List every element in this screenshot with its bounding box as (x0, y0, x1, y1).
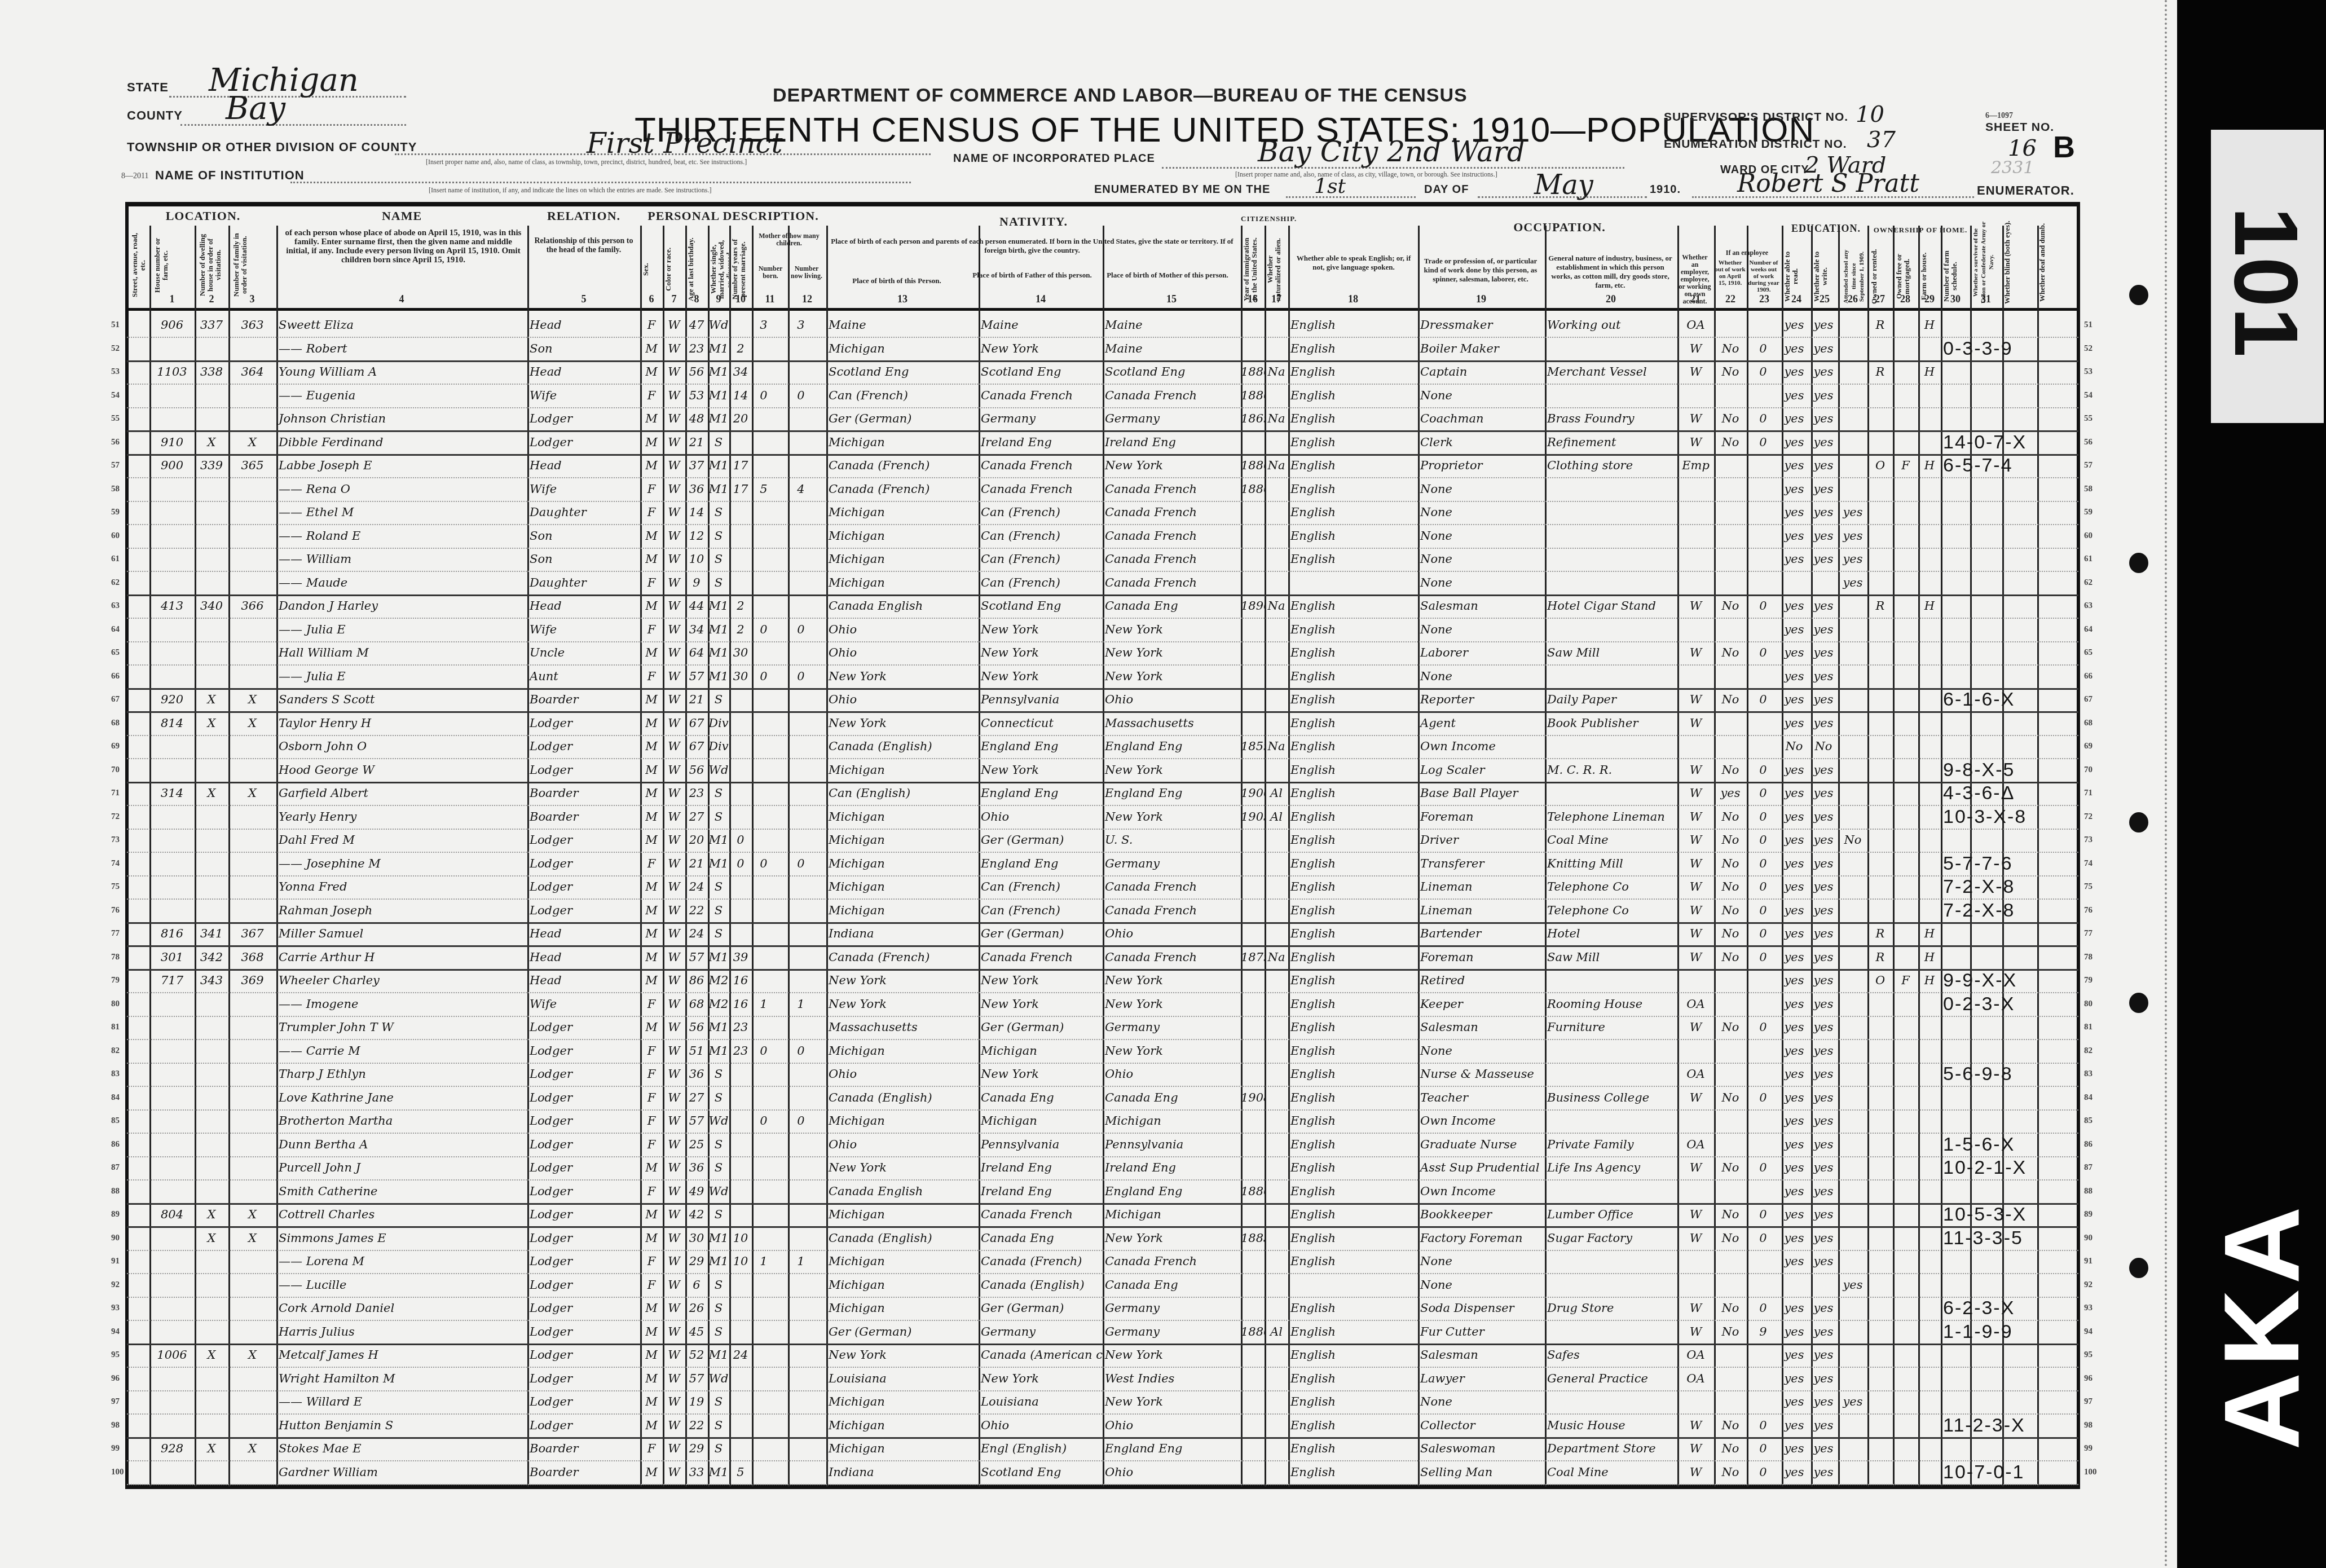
cell-dwelling (195, 501, 228, 524)
cell-eng: English (1288, 1437, 1418, 1460)
cell-name: Garfield Albert (276, 782, 527, 805)
cell-house: 1103 (149, 360, 195, 384)
cell-free (1893, 1250, 1918, 1273)
cell-marital: M1 (708, 1040, 729, 1063)
cell-race: W (663, 478, 685, 501)
cell-imm: 1880 (1241, 478, 1265, 501)
cell-bpf: Ger (German) (979, 829, 1103, 852)
line-number-right: 53 (2084, 367, 2092, 377)
cell-years: 10 (729, 1227, 752, 1250)
cell-house (149, 875, 195, 898)
cell-own (1867, 805, 1893, 829)
cell-family (228, 1109, 276, 1133)
cell-relation: Boarder (527, 688, 640, 711)
cell-street (127, 829, 149, 852)
cell-bpm: Canada French (1103, 875, 1241, 898)
cell-sex: M (640, 829, 663, 852)
cell-read: yes (1779, 688, 1809, 711)
cell-born (752, 1016, 776, 1039)
cell-dwelling: 342 (195, 946, 228, 969)
cell-write: yes (1809, 548, 1838, 571)
line-number-left: 99 (111, 1444, 120, 1454)
cell-bp: Ger (German) (826, 407, 979, 430)
township-label: Township or other division of county (127, 140, 417, 155)
cell-dwelling (195, 1063, 228, 1086)
cell-free: F (1893, 454, 1918, 477)
cell-imm (1241, 852, 1265, 875)
cell-street (127, 735, 149, 758)
cell-school (1838, 618, 1867, 641)
cell-read: yes (1779, 759, 1809, 782)
cell-read: yes (1779, 478, 1809, 501)
cell-house (149, 1297, 195, 1320)
cell-farm (1918, 337, 1941, 360)
cell-eng: English (1288, 1344, 1418, 1367)
cell-bpf: Scotland Eng (979, 594, 1103, 618)
cell-family (228, 548, 276, 571)
line-number-right: 97 (2084, 1397, 2092, 1407)
cell-born (752, 431, 776, 454)
cell-write: yes (1809, 969, 1838, 992)
cell-out: No (1714, 594, 1747, 618)
cell-out (1714, 1040, 1747, 1063)
cell-relation: Lodger (527, 1414, 640, 1437)
cell-own (1867, 1180, 1893, 1203)
cell-dwelling (195, 1320, 228, 1344)
cell-family (228, 1414, 276, 1437)
cell-bpm: England Eng (1103, 735, 1241, 758)
cell-write (1809, 1274, 1838, 1297)
cell-age: 21 (685, 688, 708, 711)
line-number-left: 53 (111, 367, 120, 377)
cell-name: Miller Samuel (276, 922, 527, 945)
cell-imm (1241, 548, 1265, 571)
cell-race: W (663, 688, 685, 711)
cell-weeks: 0 (1747, 1227, 1779, 1250)
line-number-left: 89 (111, 1210, 120, 1219)
cell-living (776, 1063, 826, 1086)
cell-born (752, 1274, 776, 1297)
cell-write: yes (1809, 384, 1838, 407)
cell-age: 67 (685, 735, 708, 758)
cell-trade: Reporter (1418, 688, 1545, 711)
cell-out: No (1714, 688, 1747, 711)
film-margin: 101 AKA (2177, 0, 2326, 1568)
line-number-right: 61 (2084, 554, 2092, 564)
cell-code: 6-1-6-X (1941, 688, 2076, 711)
cell-born (752, 735, 776, 758)
cell-trade: Salesman (1418, 594, 1545, 618)
line-number-left: 61 (111, 554, 120, 564)
line-number-left: 72 (111, 812, 120, 822)
cell-trade: None (1418, 1274, 1545, 1297)
cell-farm (1918, 993, 1941, 1016)
cell-dwelling (195, 829, 228, 852)
cell-family (228, 384, 276, 407)
cell-sex: M (640, 1461, 663, 1484)
cell-nat (1265, 1437, 1288, 1460)
line-number-right: 80 (2084, 999, 2092, 1009)
cell-years (729, 1437, 752, 1460)
cell-race: W (663, 641, 685, 664)
cell-emp (1677, 1250, 1714, 1273)
cell-name: —— Maude (276, 571, 527, 594)
cell-weeks: 0 (1747, 594, 1779, 618)
cell-trade: Factory Foreman (1418, 1227, 1545, 1250)
cell-weeks: 0 (1747, 407, 1779, 430)
cell-out (1714, 1274, 1747, 1297)
cell-age: 42 (685, 1203, 708, 1226)
cell-sex: M (640, 1297, 663, 1320)
cell-write: yes (1809, 1109, 1838, 1133)
cell-weeks: 0 (1747, 1086, 1779, 1109)
cell-own (1867, 1320, 1893, 1344)
cell-imm: 1908 (1241, 1086, 1265, 1109)
cell-nat (1265, 1297, 1288, 1320)
group-education: EDUCATION. (1782, 223, 1870, 235)
cell-name: Trumpler John T W (276, 1016, 527, 1039)
cell-weeks (1747, 969, 1779, 992)
cell-code: 0-2-3-X (1941, 993, 2076, 1016)
column-number: 24 (1785, 293, 1808, 305)
cell-industry (1545, 1250, 1677, 1273)
cell-house (149, 805, 195, 829)
cell-own (1867, 384, 1893, 407)
cell-code: 1-5-6-X (1941, 1133, 2076, 1156)
cell-race: W (663, 594, 685, 618)
cell-living (776, 805, 826, 829)
cell-race: W (663, 618, 685, 641)
cell-trade: Asst Sup Prudential (1418, 1156, 1545, 1179)
cell-house: 314 (149, 782, 195, 805)
cell-free (1893, 548, 1918, 571)
cell-house (149, 384, 195, 407)
cell-eng: English (1288, 360, 1418, 384)
cell-relation: Lodger (527, 1086, 640, 1109)
cell-race: W (663, 946, 685, 969)
cell-bp: New York (826, 993, 979, 1016)
cell-emp (1677, 571, 1714, 594)
cell-family (228, 1367, 276, 1390)
cell-relation: Wife (527, 993, 640, 1016)
group-nativity: NATIVITY. (826, 214, 1241, 229)
cell-nat: Al (1265, 805, 1288, 829)
cell-years: 24 (729, 1344, 752, 1367)
cell-street (127, 969, 149, 992)
cell-marital: S (708, 525, 729, 548)
cell-age: 45 (685, 1320, 708, 1344)
cell-nat (1265, 1063, 1288, 1086)
line-number-right: 74 (2084, 859, 2092, 869)
cell-street (127, 1390, 149, 1413)
cell-read: yes (1779, 337, 1809, 360)
sheet-code: 6—1097 (1985, 112, 2013, 121)
cell-out (1714, 314, 1747, 337)
cell-years (729, 805, 752, 829)
cell-relation: Lodger (527, 1016, 640, 1039)
cell-born: 0 (752, 1040, 776, 1063)
cell-trade: Own Income (1418, 1180, 1545, 1203)
table-top-rule (127, 202, 2078, 206)
cell-out: No (1714, 805, 1747, 829)
cell-emp (1677, 665, 1714, 688)
cell-marital: M1 (708, 1344, 729, 1367)
cell-relation: Head (527, 360, 640, 384)
cell-bp: Michigan (826, 1109, 979, 1133)
cell-write: yes (1809, 1040, 1838, 1063)
cell-family (228, 735, 276, 758)
cell-write: yes (1809, 1390, 1838, 1413)
cell-living (776, 782, 826, 805)
cell-emp (1677, 1390, 1714, 1413)
cell-eng: English (1288, 337, 1418, 360)
column-number: 15 (1160, 293, 1183, 305)
cell-street (127, 501, 149, 524)
cell-sex: M (640, 688, 663, 711)
cell-trade: Graduate Nurse (1418, 1133, 1545, 1156)
cell-street (127, 337, 149, 360)
table-row: —— LucilleLodgerFW6SMichiganCanada (Engl… (127, 1274, 2078, 1298)
cell-age: 36 (685, 1156, 708, 1179)
line-number-left: 94 (111, 1327, 120, 1337)
cell-marital: M2 (708, 993, 729, 1016)
cell-school (1838, 454, 1867, 477)
cell-emp (1677, 384, 1714, 407)
cell-living (776, 641, 826, 664)
cell-imm (1241, 337, 1265, 360)
cell-school: yes (1838, 1274, 1867, 1297)
table-row: 816341367Miller SamuelHeadMW24SIndianaGe… (127, 922, 2078, 947)
cell-bp: Michigan (826, 571, 979, 594)
cell-school (1838, 852, 1867, 875)
cell-relation: Lodger (527, 712, 640, 735)
cell-family: 365 (228, 454, 276, 477)
cell-farm (1918, 759, 1941, 782)
cell-born: 0 (752, 665, 776, 688)
cell-sex: F (640, 1040, 663, 1063)
cell-street (127, 431, 149, 454)
cell-bpm: Canada French (1103, 946, 1241, 969)
cell-school: No (1838, 829, 1867, 852)
cell-out (1714, 1390, 1747, 1413)
line-number-right: 89 (2084, 1210, 2092, 1219)
cell-nat (1265, 384, 1288, 407)
cell-years (729, 525, 752, 548)
cell-bpm: Canada French (1103, 384, 1241, 407)
cell-free (1893, 805, 1918, 829)
cell-marital: S (708, 1133, 729, 1156)
cell-farm (1918, 525, 1941, 548)
cell-name: Taylor Henry H (276, 712, 527, 735)
cell-out: No (1714, 1086, 1747, 1109)
cell-own (1867, 571, 1893, 594)
cell-street (127, 1227, 149, 1250)
cell-code: 10-7-0-1 (1941, 1461, 2076, 1484)
cell-nat: Na (1265, 946, 1288, 969)
cell-sex: M (640, 1227, 663, 1250)
table-row: —— Willard ELodgerMW19SMichiganLouisiana… (127, 1390, 2078, 1415)
cell-imm (1241, 993, 1265, 1016)
cell-out: No (1714, 1437, 1747, 1460)
cell-bpm: England Eng (1103, 1437, 1241, 1460)
cell-years (729, 431, 752, 454)
cell-imm (1241, 1414, 1265, 1437)
cell-street (127, 1133, 149, 1156)
line-number-right: 81 (2084, 1023, 2092, 1032)
cell-house (149, 1461, 195, 1484)
line-number-right: 55 (2084, 414, 2092, 424)
cell-school (1838, 1086, 1867, 1109)
cell-weeks: 0 (1747, 946, 1779, 969)
cell-name: Tharp J Ethlyn (276, 1063, 527, 1086)
cell-bpm: New York (1103, 641, 1241, 664)
cell-emp: W (1677, 1203, 1714, 1226)
cell-eng: English (1288, 759, 1418, 782)
cell-living (776, 1344, 826, 1367)
cell-out: No (1714, 852, 1747, 875)
cell-age: 12 (685, 525, 708, 548)
cell-years (729, 1274, 752, 1297)
cell-born (752, 1297, 776, 1320)
cell-street (127, 1297, 149, 1320)
cell-out: No (1714, 1227, 1747, 1250)
cell-farm (1918, 1461, 1941, 1484)
enum-district-value: 37 (1867, 127, 1896, 153)
cell-farm (1918, 712, 1941, 735)
cell-street (127, 1367, 149, 1390)
cell-code (1941, 618, 2076, 641)
cell-living (776, 875, 826, 898)
cell-age: 56 (685, 1016, 708, 1039)
cell-house (149, 571, 195, 594)
cell-nat: Na (1265, 594, 1288, 618)
cell-trade: Salesman (1418, 1344, 1545, 1367)
cell-marital: M1 (708, 478, 729, 501)
column-number: 4 (390, 293, 413, 305)
column-number: 28 (1894, 293, 1917, 305)
cell-weeks (1747, 1180, 1779, 1203)
cell-living (776, 1437, 826, 1460)
line-number-left: 70 (111, 765, 120, 775)
cell-read: yes (1779, 1133, 1809, 1156)
cell-bpm: England Eng (1103, 782, 1241, 805)
cell-weeks: 0 (1747, 1414, 1779, 1437)
cell-bp: Canada (English) (826, 735, 979, 758)
line-number-left: 86 (111, 1140, 120, 1149)
cell-emp (1677, 735, 1714, 758)
cell-dwelling (195, 478, 228, 501)
cell-bpm: New York (1103, 454, 1241, 477)
cell-race: W (663, 1227, 685, 1250)
cell-school (1838, 1414, 1867, 1437)
cell-write (1809, 571, 1838, 594)
cell-read: yes (1779, 1414, 1809, 1437)
table-row: Gardner WilliamBoarderMW33M15IndianaScot… (127, 1461, 2078, 1485)
cell-eng: English (1288, 712, 1418, 735)
cell-read: yes (1779, 993, 1809, 1016)
cell-read: yes (1779, 1297, 1809, 1320)
cell-house (149, 1320, 195, 1344)
cell-farm (1918, 665, 1941, 688)
cell-bpf: Canada (French) (979, 1250, 1103, 1273)
cell-imm (1241, 1344, 1265, 1367)
cell-age: 27 (685, 1086, 708, 1109)
col-born: Number born. (754, 265, 787, 280)
cell-nat (1265, 1086, 1288, 1109)
cell-marital: Wd (708, 1367, 729, 1390)
line-number-left: 80 (111, 999, 120, 1009)
cell-house (149, 548, 195, 571)
cell-years: 30 (729, 665, 752, 688)
cell-street (127, 1437, 149, 1460)
cell-bpf: Scotland Eng (979, 1461, 1103, 1484)
cell-school (1838, 1461, 1867, 1484)
cell-eng: English (1288, 829, 1418, 852)
cell-industry (1545, 665, 1677, 688)
line-number-left: 74 (111, 859, 120, 869)
cell-street (127, 1320, 149, 1344)
cell-farm: H (1918, 594, 1941, 618)
cell-code: 10-2-1-X (1941, 1156, 2076, 1179)
line-number-left: 77 (111, 929, 120, 939)
cell-farm: H (1918, 314, 1941, 337)
cell-street (127, 618, 149, 641)
cell-age: 24 (685, 875, 708, 898)
col-blind: Whether blind (both eyes). (2003, 220, 2035, 305)
cell-born (752, 759, 776, 782)
cell-years (729, 1390, 752, 1413)
cell-write: yes (1809, 594, 1838, 618)
cell-school (1838, 922, 1867, 945)
cell-dwelling (195, 571, 228, 594)
cell-street (127, 1461, 149, 1484)
cell-industry (1545, 735, 1677, 758)
cell-name: Cork Arnold Daniel (276, 1297, 527, 1320)
cell-born: 0 (752, 852, 776, 875)
cell-bpf: Canada French (979, 478, 1103, 501)
cell-sex: M (640, 899, 663, 922)
cell-weeks: 0 (1747, 782, 1779, 805)
cell-street (127, 875, 149, 898)
cell-bpf: Ger (German) (979, 1297, 1103, 1320)
cell-farm (1918, 1367, 1941, 1390)
column-number: 3 (241, 293, 263, 305)
col-veteran: Whether a survivor of the Union or Confe… (1972, 220, 2000, 305)
cell-bpm: Massachusetts (1103, 712, 1241, 735)
cell-age: 57 (685, 1109, 708, 1133)
cell-read: yes (1779, 899, 1809, 922)
cell-bpm: Germany (1103, 1320, 1241, 1344)
cell-race: W (663, 548, 685, 571)
cell-age: 25 (685, 1133, 708, 1156)
table-row: Yonna FredLodgerMW24SMichiganCan (French… (127, 875, 2078, 900)
cell-name: Metcalf James H (276, 1344, 527, 1367)
cell-house (149, 1016, 195, 1039)
cell-dwelling (195, 759, 228, 782)
table-row: 920XXSanders S ScottBoarderMW21SOhioPenn… (127, 688, 2078, 713)
cell-sex: M (640, 1414, 663, 1437)
cell-bpf: Connecticut (979, 712, 1103, 735)
cell-race: W (663, 1437, 685, 1460)
cell-read: yes (1779, 1344, 1809, 1367)
cell-name: —— Rena O (276, 478, 527, 501)
cell-out (1714, 384, 1747, 407)
cell-race: W (663, 431, 685, 454)
cell-years (729, 571, 752, 594)
cell-emp: W (1677, 875, 1714, 898)
cell-nat (1265, 571, 1288, 594)
cell-race: W (663, 1250, 685, 1273)
